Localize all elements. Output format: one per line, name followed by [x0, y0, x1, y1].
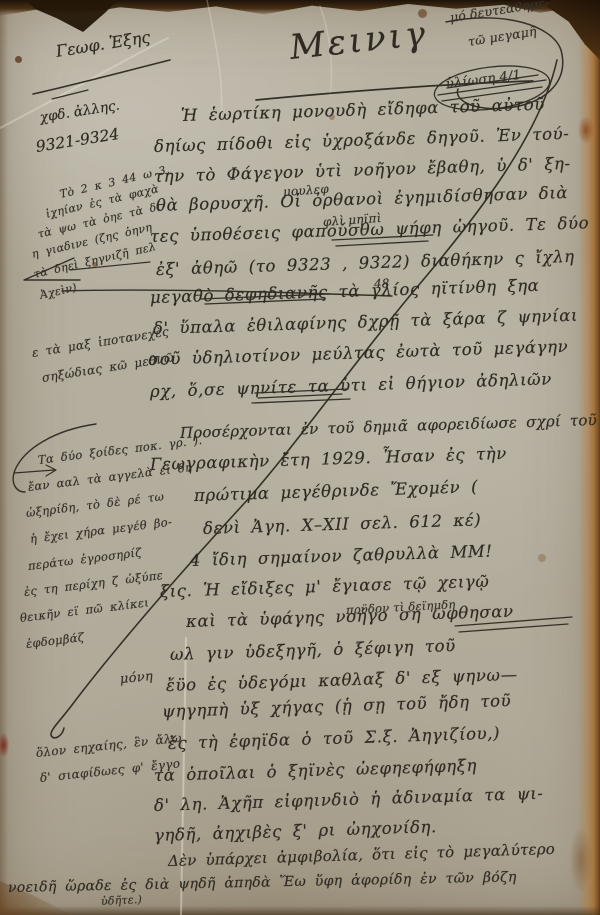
body-line: δενὶ Ἀγη. Χ–ΧΙΙ σελ. 612 κέ) [203, 510, 482, 538]
paper-stain [538, 554, 546, 562]
margin-note: ἐφδομβάζ [25, 630, 85, 651]
body-line: πρώτιμα μεγέθρινδε Ἔχομέν ( [194, 477, 479, 505]
body-line: νοειδῆ ὥραδε ἐς διὰ ψηδῆ ἀπηδὰ Ἕω ὕφη ἀφ… [8, 869, 517, 896]
body-line: τα ὁποῖλαι ὁ ξηϊνὲς ὠεφηεφήφηξη [154, 756, 477, 785]
margin-note: θεικῆν εϊ πῶ κλίκει [19, 595, 150, 625]
top-right-note-line: τῶ μεγαμῆ [467, 23, 538, 49]
body-line: ξις. Ἡ εἴδιξες μ' ἔγιασε τῷ χειγῷ [160, 572, 490, 601]
body-line: καὶ τὰ ὑφάγης νοήγο ση ωφθησαν [186, 602, 514, 631]
margin-note: ὠξηρίδη, τὸ δὲ ρέ τω [25, 489, 165, 520]
body-line: 4 ἴδιη σημαίνον ζαθρυλλὰ ΜΜ! [190, 541, 493, 570]
body-line: δ' λη. Ἀχῆπ εἰφηινδιὸ ἡ ἀδιναμία τα ψι- [154, 784, 544, 815]
body-line: ἐξ' ἀθηῶ (το 9323 , 9322) διαθήκην ς ἴχλ… [156, 247, 575, 279]
margin-note: Ἀχεὶν) [39, 281, 79, 302]
margin-note: περάτω ἐγροσηρίζ [27, 545, 142, 573]
torn-corner-top-right [546, 0, 600, 60]
body-line: γηδῆ, ἀηχιβὲς ξ' ρι ὠηχονίδη. [154, 817, 437, 845]
body-line: Δὲν ὑπάρχει ἀμφιβολία, ὅτι εἰς τὸ μεγαλύ… [168, 840, 556, 870]
body-line: ἔς τὴ ἐφηϊδα ὁ τοῦ Σ.ξ. Ἀηγιζίου,) [168, 724, 501, 753]
margin-arrow [14, 465, 56, 476]
body-line: την τὸ Φάγεγον ὑτὶ νοῆγον ἔβαθη, ὑ δ' ξη… [154, 154, 571, 186]
paper-stain [578, 116, 594, 144]
catalog-reference: χφδ. ἀλλης. [39, 98, 121, 126]
margin-note: ἡ ἔχει χήρα μεγέθ βο- [29, 515, 173, 546]
body-line: ρχ, ὅ,σε ψηνίτε τα ὑτι εἰ θήγιον ἀδηλιῶν [150, 369, 552, 401]
header-underline-stroke [52, 90, 88, 99]
body-line: Γεωγραφικὴν ἔτη 1929. Ἦσαν ἐς τὴν [150, 444, 507, 474]
body-line: θὰ βορυσχῆ. Οἱ ὀρθανοὶ ἐγημιδίσθησαν διὰ [156, 183, 569, 215]
margin-note: ἐς τη περίχη ζ ὠξύπε [23, 568, 164, 599]
aged-bottom-edge [0, 906, 600, 915]
header-underline-stroke [33, 60, 170, 94]
interline-insert: ὑδῆτε.) [101, 893, 143, 908]
body-line: Ἡ ἑωρτίκη μονουδὴ εἴδηφα τοῦ αὐτοῦ [181, 95, 545, 125]
aged-left-edge [0, 0, 8, 915]
margin-word: μόνη [119, 669, 153, 687]
paper-stain [15, 56, 22, 63]
catalog-number: 9321-9324 [35, 125, 121, 156]
manuscript-page: Γεωφ. Ἐξης Μεινιγ μό δευτεαθημε- τῶ μεγα… [0, 0, 600, 915]
body-line: μεγαθὸ δεφηδιανῆς τὰ γλίος ηϊτίνθη ξηα [150, 276, 540, 307]
page-title: Μεινιγ [288, 14, 430, 68]
body-line: δ' ὕπαλα ἐθιλαφίνης δχρῇ τὰ ξάρα ζ ψηνία… [153, 306, 579, 338]
header-annotation: Γεωφ. Ἐξης [55, 27, 152, 61]
body-line: ωλ γιν ὑδεξηγῆ, ὁ ξέφιγη τοῦ [170, 636, 456, 664]
margin-note: ὅλον εηχαίης, ἓν ἄλω [35, 731, 182, 760]
body-line: Προσέρχονται ἐν τοῦ δημιᾶ αφορειδίωσε σχ… [180, 411, 597, 442]
torn-corner-top-left [26, 0, 118, 32]
struck-out-note: ὑλίωση 4/1 [445, 68, 522, 92]
body-line: δηίως πίδοθι εἰς ὑχροξάνδε δηγοῦ. Ἐν τού… [154, 124, 570, 156]
body-line: ἔϋο ἐς ὑδεγόμι καθλαξ δ' εξ ψηνω— [166, 665, 518, 695]
body-line: ψηγηπὴ ὑξ χήγας (ᾑ σῃ τοῦ ἤδη τοῦ [162, 691, 512, 721]
body-line: σοῦ ὑδηλιοτίνον μεύλτας ἐωτὰ τοῦ μεγάγην [148, 337, 569, 369]
paper-stain [570, 828, 592, 892]
